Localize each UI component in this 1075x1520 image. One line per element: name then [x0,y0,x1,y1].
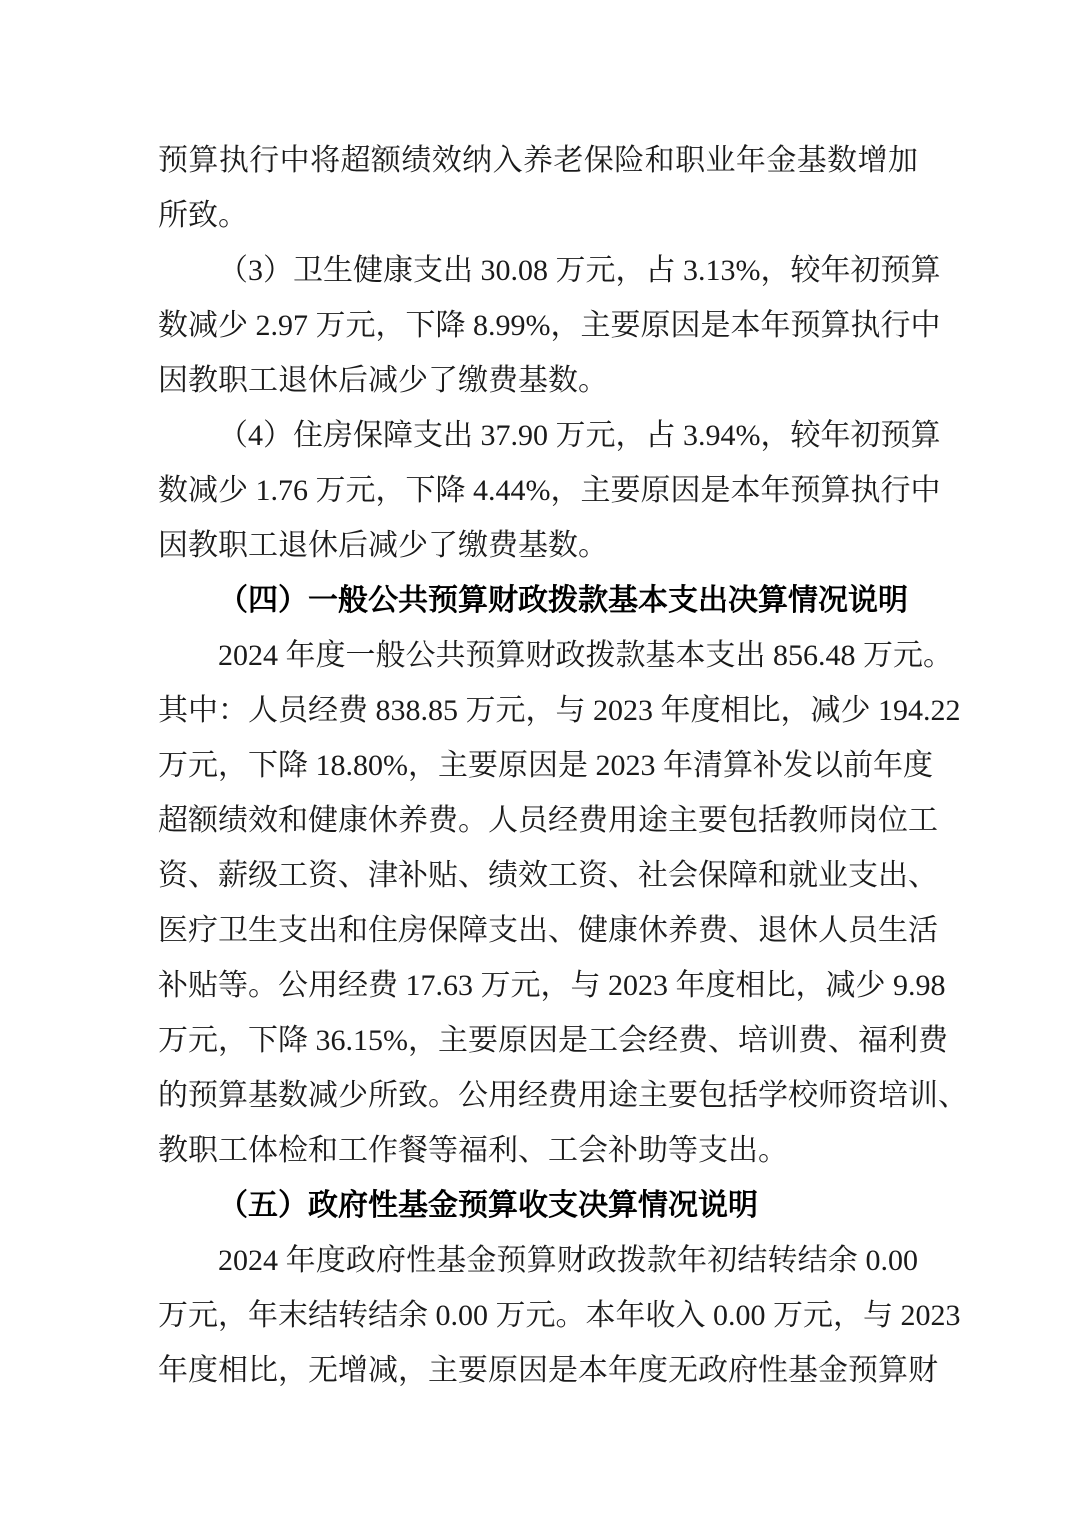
paragraph-line: 万元，下降 36.15%，主要原因是工会经费、培训费、福利费 [158,1013,918,1068]
paragraph-line: 年度相比，无增减，主要原因是本年度无政府性基金预算财 [158,1343,918,1398]
document-body: 预算执行中将超额绩效纳入养老保险和职业年金基数增加 所致。 （3）卫生健康支出 … [158,133,918,1398]
paragraph-line: 数减少 2.97 万元，下降 8.99%，主要原因是本年预算执行中 [158,298,918,353]
paragraph-line: （4）住房保障支出 37.90 万元，占 3.94%，较年初预算 [158,408,918,463]
paragraph-line: 所致。 [158,188,918,243]
paragraph-line: 因教职工退休后减少了缴费基数。 [158,353,918,408]
paragraph-line: （3）卫生健康支出 30.08 万元，占 3.13%，较年初预算 [158,243,918,298]
paragraph-line: 因教职工退休后减少了缴费基数。 [158,518,918,573]
paragraph-line: 2024 年度一般公共预算财政拨款基本支出 856.48 万元。 [158,628,918,683]
paragraph-line: 教职工体检和工作餐等福利、工会补助等支出。 [158,1123,918,1178]
section-heading-4: （四）一般公共预算财政拨款基本支出决算情况说明 [158,573,918,628]
paragraph-line: 2024 年度政府性基金预算财政拨款年初结转结余 0.00 [158,1233,918,1288]
paragraph-line: 补贴等。公用经费 17.63 万元，与 2023 年度相比，减少 9.98 [158,958,918,1013]
paragraph-line: 超额绩效和健康休养费。人员经费用途主要包括教师岗位工 [158,793,918,848]
paragraph-line: 资、薪级工资、津补贴、绩效工资、社会保障和就业支出、 [158,848,918,903]
paragraph-line: 的预算基数减少所致。公用经费用途主要包括学校师资培训、 [158,1068,918,1123]
paragraph-line: 医疗卫生支出和住房保障支出、健康休养费、退休人员生活 [158,903,918,958]
paragraph-line: 数减少 1.76 万元，下降 4.44%，主要原因是本年预算执行中 [158,463,918,518]
paragraph-line: 万元，年末结转结余 0.00 万元。本年收入 0.00 万元，与 2023 [158,1288,918,1343]
section-heading-5: （五）政府性基金预算收支决算情况说明 [158,1178,918,1233]
paragraph-line: 预算执行中将超额绩效纳入养老保险和职业年金基数增加 [158,133,918,188]
paragraph-line: 万元，下降 18.80%，主要原因是 2023 年清算补发以前年度 [158,738,918,793]
paragraph-line: 其中：人员经费 838.85 万元，与 2023 年度相比，减少 194.22 [158,683,918,738]
document-page: 预算执行中将超额绩效纳入养老保险和职业年金基数增加 所致。 （3）卫生健康支出 … [0,0,1075,1520]
